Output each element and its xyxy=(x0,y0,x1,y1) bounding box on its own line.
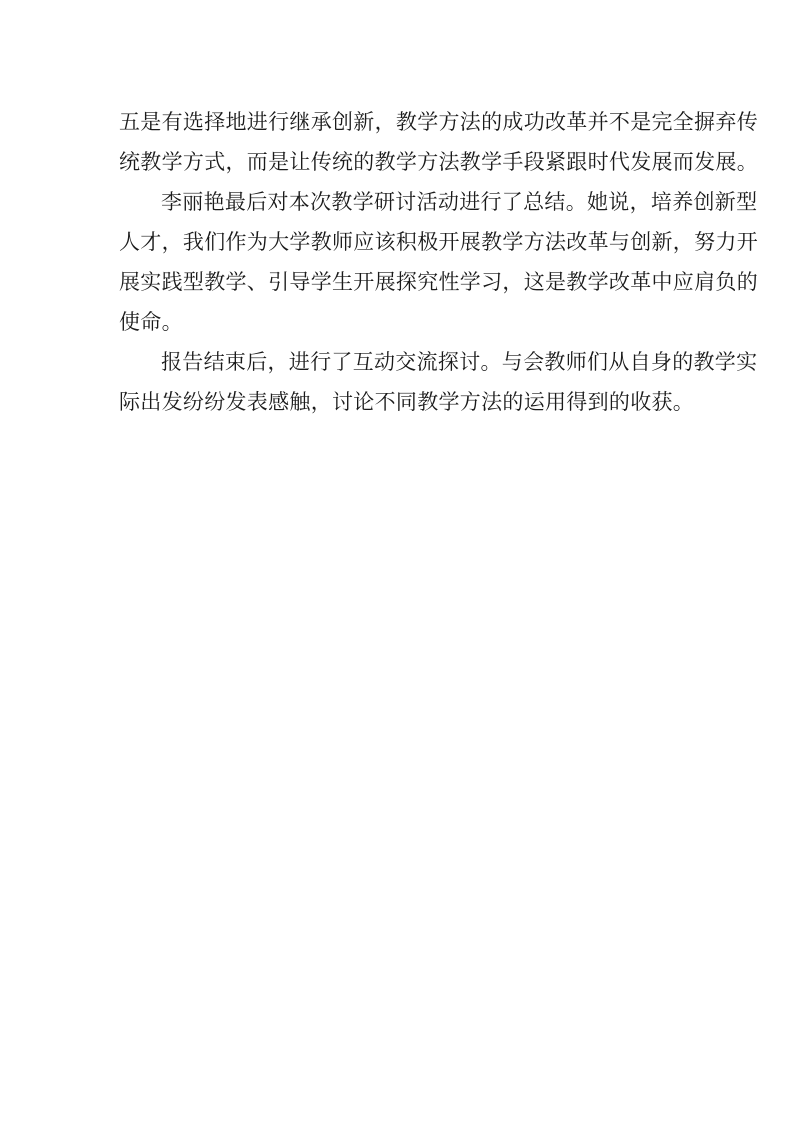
text-line: 际出发纷纷发表感触，讨论不同教学方法的运用得到的收获。 xyxy=(119,382,675,422)
document-page: 五是有选择地进行继承创新，教学方法的成功改革并不是完全摒弃传 统教学方式，而是让… xyxy=(119,102,675,422)
text-line: 展实践型教学、引导学生开展探究性学习，这是教学改革中应肩负的 xyxy=(119,262,675,302)
paragraph-summary: 李丽艳最后对本次教学研讨活动进行了总结。她说，培养创新型 人才，我们作为大学教师… xyxy=(119,182,675,342)
text-line: 统教学方式，而是让传统的教学方法教学手段紧跟时代发展而发展。 xyxy=(119,142,675,182)
text-line: 五是有选择地进行继承创新，教学方法的成功改革并不是完全摒弃传 xyxy=(119,102,675,142)
text-line: 李丽艳最后对本次教学研讨活动进行了总结。她说，培养创新型 xyxy=(119,182,675,222)
text-line: 报告结束后，进行了互动交流探讨。与会教师们从自身的教学实 xyxy=(119,342,675,382)
paragraph-discussion: 报告结束后，进行了互动交流探讨。与会教师们从自身的教学实 际出发纷纷发表感触，讨… xyxy=(119,342,675,422)
text-line: 人才，我们作为大学教师应该积极开展教学方法改革与创新，努力开 xyxy=(119,222,675,262)
paragraph-inheritance-innovation: 五是有选择地进行继承创新，教学方法的成功改革并不是完全摒弃传 统教学方式，而是让… xyxy=(119,102,675,182)
text-line: 使命。 xyxy=(119,302,675,342)
